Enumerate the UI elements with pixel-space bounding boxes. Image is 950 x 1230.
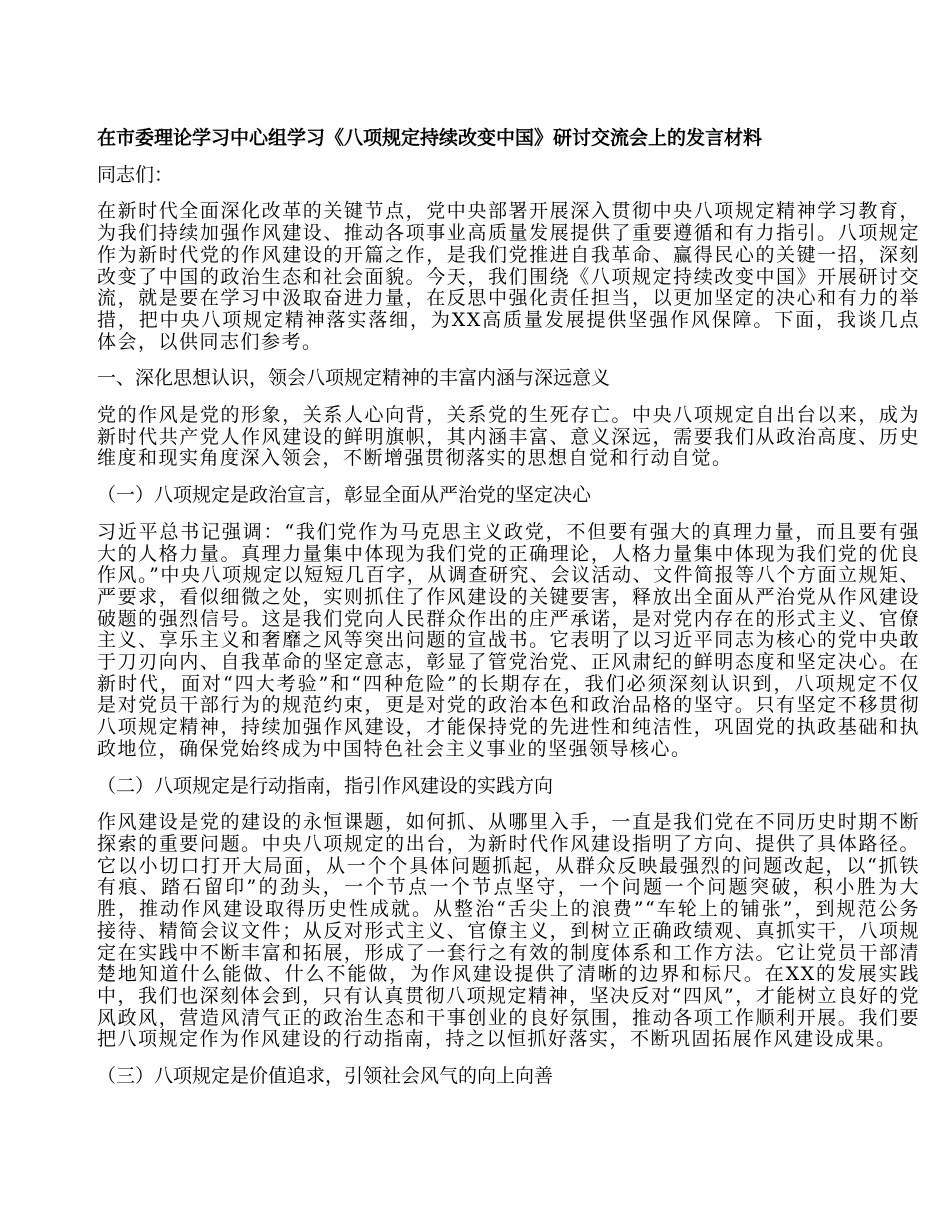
subsection-heading-1-2: （二）八项规定是行动指南，指引作风建设的实践方向	[97, 776, 920, 798]
document-title: 在市委理论学习中心组学习《八项规定持续改变中国》研讨交流会上的发言材料	[97, 128, 920, 150]
document-page: 在市委理论学习中心组学习《八项规定持续改变中国》研讨交流会上的发言材料 同志们：…	[0, 0, 950, 1230]
salutation: 同志们：	[97, 165, 920, 187]
paragraph-intro: 在新时代全面深化改革的关键节点，党中央部署开展深入贯彻中央八项规定精神学习教育，…	[97, 201, 920, 353]
paragraph-subsection-1-2: 作风建设是党的建设的永恒课题，如何抓、从哪里入手，一直是我们党在不同历史时期不断…	[97, 812, 920, 1051]
paragraph-section-1-intro: 党的作风是党的形象，关系人心向背，关系党的生死存亡。中央八项规定自出台以来，成为…	[97, 405, 920, 470]
section-heading-1: 一、深化思想认识，领会八项规定精神的丰富内涵与深远意义	[97, 368, 920, 390]
paragraph-subsection-1-1: 习近平总书记强调：“我们党作为马克思主义政党，不但要有强大的真理力量，而且要有强…	[97, 522, 920, 761]
subsection-heading-1-3: （三）八项规定是价值追求，引领社会风气的向上向善	[97, 1066, 920, 1088]
document-content: 在市委理论学习中心组学习《八项规定持续改变中国》研讨交流会上的发言材料 同志们：…	[97, 128, 920, 1103]
subsection-heading-1-1: （一）八项规定是政治宣言，彰显全面从严治党的坚定决心	[97, 485, 920, 507]
